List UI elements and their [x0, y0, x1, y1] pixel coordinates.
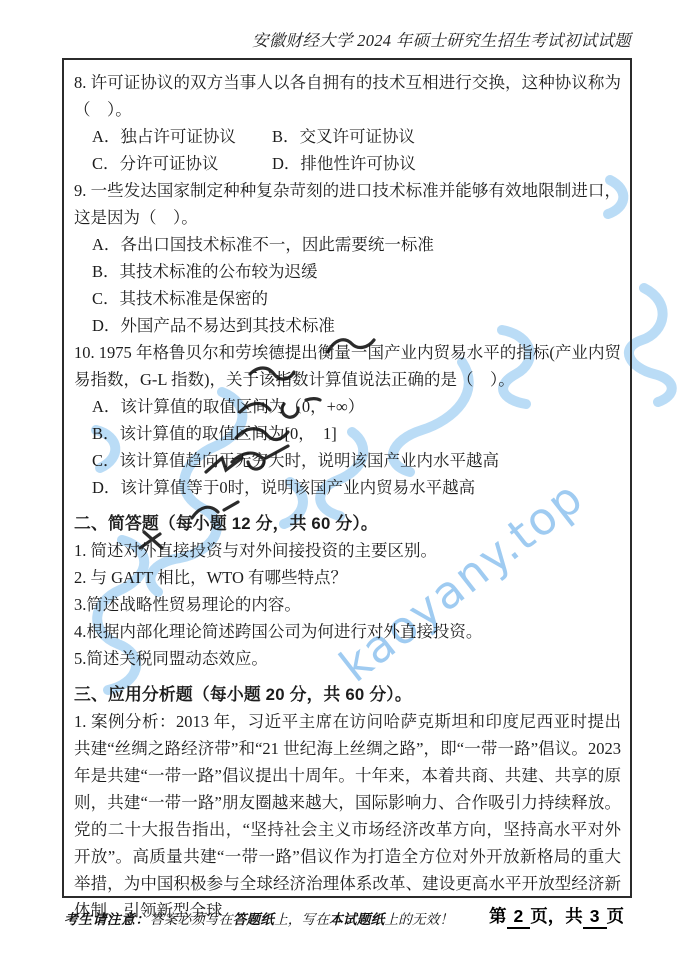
- question-8-option-row: A．独占许可证协议 B．交叉许可证协议: [74, 123, 621, 150]
- footer-notice-bold: 本试题纸: [329, 912, 384, 927]
- section-2-heading: 二、简答题（每小题 12 分，共 60 分）。: [74, 510, 621, 537]
- option-10-d: D．该计算值等于0时，说明该国产业内贸易水平越高: [74, 474, 621, 501]
- option-8-c: C．分许可证协议: [92, 150, 272, 177]
- page-label: 第: [489, 906, 507, 926]
- option-10-c: C．该计算值趋向于无穷大时，说明该国产业内水平越高: [74, 447, 621, 474]
- page-total: 3: [583, 906, 607, 929]
- option-8-d: D．排他性许可协议: [272, 150, 416, 177]
- question-8-option-row: C．分许可证协议 D．排他性许可协议: [74, 150, 621, 177]
- option-9-a: A．各出口国技术标准不一，因此需要统一标准: [74, 231, 621, 258]
- option-10-a: A．该计算值的取值区间为（0，+∞）: [74, 393, 621, 420]
- option-10-b: B．该计算值的取值区间为[0， 1]: [74, 420, 621, 447]
- question-9-stem: 9. 一些发达国家制定种种复杂苛刻的进口技术标准并能够有效地限制进口，这是因为（…: [74, 177, 621, 231]
- option-9-b: B．其技术标准的公布较为迟缓: [74, 258, 621, 285]
- option-9-c: C．其技术标准是保密的: [74, 285, 621, 312]
- exam-page: 安徽财经大学 2024 年硕士研究生招生考试初试试题 8. 许可证协议的双方当事…: [0, 0, 696, 967]
- footer-notice-bold: 答题纸: [233, 912, 274, 927]
- page-label: 页: [607, 906, 625, 926]
- page-label: 页，共: [530, 906, 583, 926]
- short-answer-item-2: 2. 与 GATT 相比，WTO 有哪些特点？: [74, 564, 621, 591]
- option-9-d: D．外国产品不易达到其技术标准: [74, 312, 621, 339]
- footer-notice-text: 答案必须写在: [150, 912, 233, 927]
- short-answer-item-4: 4.根据内部化理论简述跨国公司为何进行对外直接投资。: [74, 618, 621, 645]
- footer-page-number: 第2页，共3页: [489, 903, 624, 929]
- option-8-a: A．独占许可证协议: [92, 123, 272, 150]
- section-3-heading: 三、应用分析题（每小题 20 分，共 60 分）。: [74, 681, 621, 708]
- short-answer-item-3: 3.简述战略性贸易理论的内容。: [74, 591, 621, 618]
- footer-notice-text: 上，写在: [274, 912, 329, 927]
- case-analysis-text: 1. 案例分析：2013 年，习近平主席在访问哈萨克斯坦和印度尼西亚时提出共建“…: [74, 708, 621, 924]
- exam-content-box: 8. 许可证协议的双方当事人以各自拥有的技术互相进行交换，这种协议称为（ ）。 …: [62, 58, 632, 898]
- question-10-stem: 10. 1975 年格鲁贝尔和劳埃德提出衡量一国产业内贸易水平的指标(产业内贸易…: [74, 339, 621, 393]
- footer-notice-text: 上的无效！: [384, 912, 453, 927]
- short-answer-item-5: 5.简述关税同盟动态效应。: [74, 645, 621, 672]
- page-header-title: 安徽财经大学 2024 年硕士研究生招生考试初试试题: [62, 27, 631, 51]
- option-8-b: B．交叉许可证协议: [272, 123, 415, 150]
- page-current: 2: [507, 906, 531, 929]
- short-answer-item-1: 1. 简述对外直接投资与对外间接投资的主要区别。: [74, 537, 621, 564]
- footer-notice: 考生请注意：答案必须写在答题纸上，写在本试题纸上的无效！: [64, 908, 453, 928]
- question-8-stem: 8. 许可证协议的双方当事人以各自拥有的技术互相进行交换，这种协议称为（ ）。: [74, 69, 621, 123]
- footer-notice-prefix: 考生请注意：: [64, 912, 150, 927]
